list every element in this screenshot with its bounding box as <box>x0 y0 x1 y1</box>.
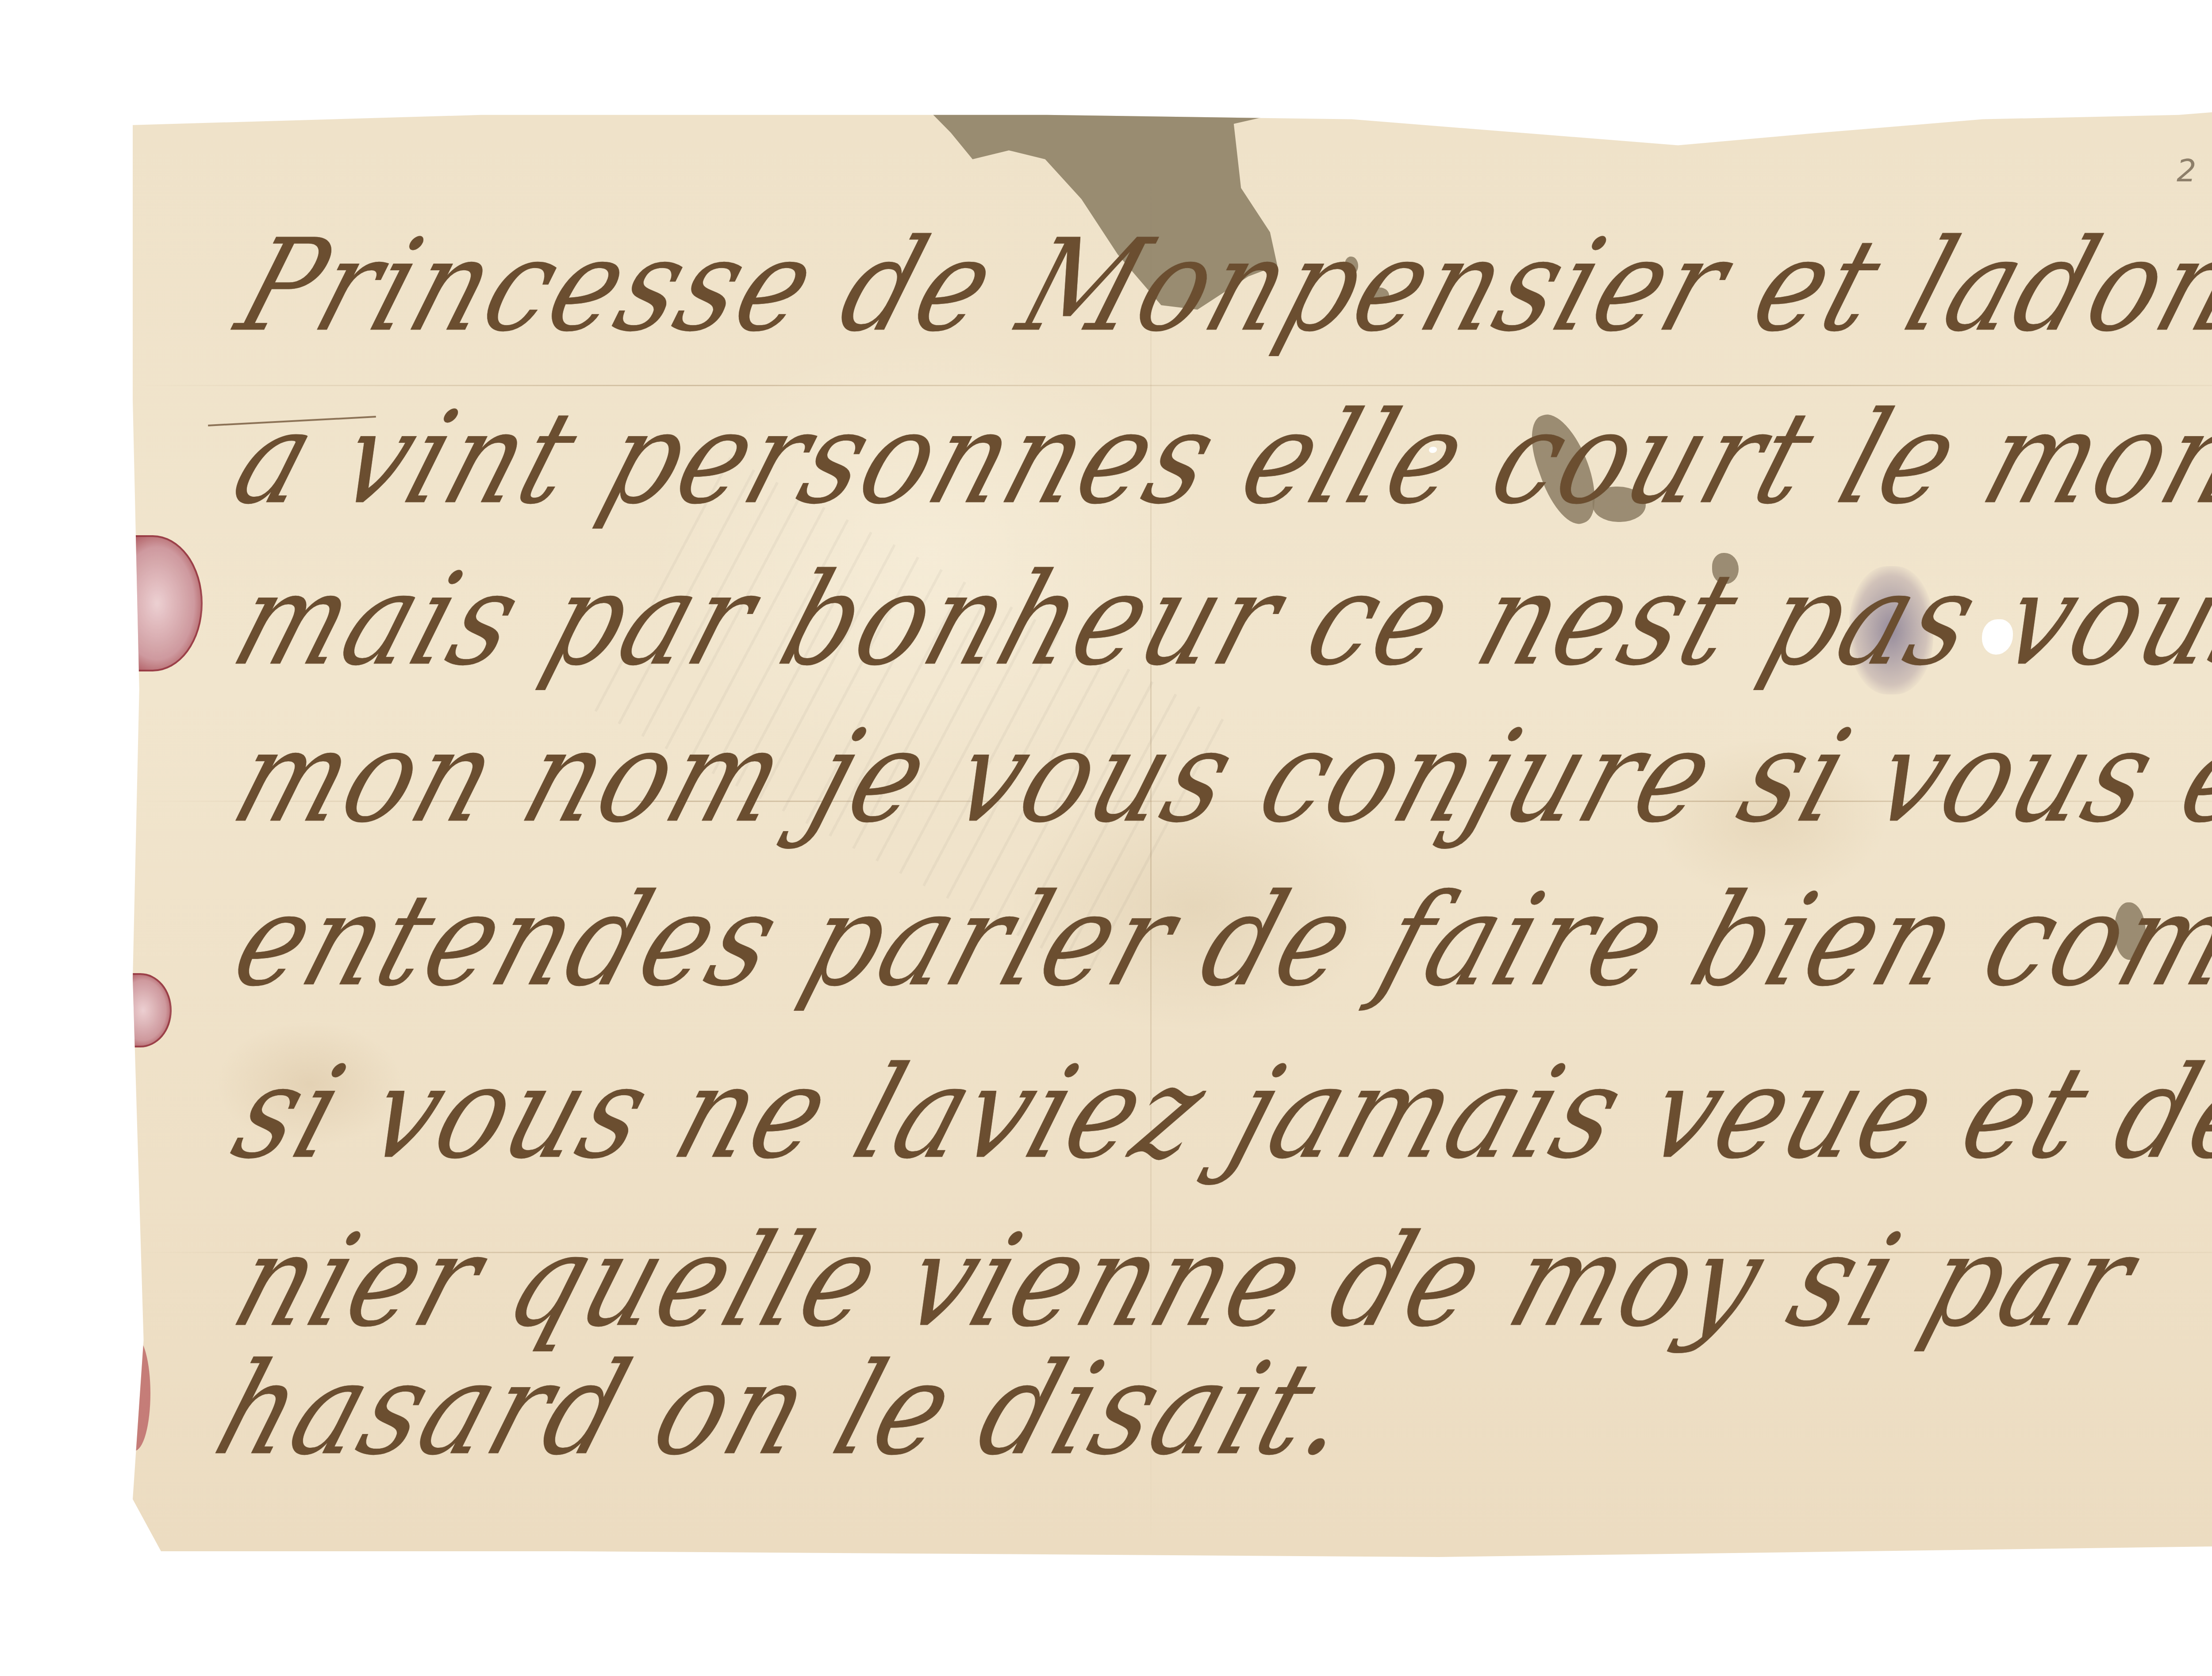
text-line: a vint personnes elle court le monde <box>221 395 2212 522</box>
handwritten-text: Princesse de Monpensier et ladonnee a vi… <box>133 111 2212 1557</box>
text-line: entendes parler de faire bien comme <box>221 877 2212 1005</box>
text-line: mon nom je vous conjure si vous en <box>221 713 2212 841</box>
text-line: si vous ne laviez jamais veue et de <box>221 1050 2212 1177</box>
text-line: hasard on le disait. <box>204 1346 1369 1473</box>
text-line: Princesse de Monpensier et ladonnee <box>226 222 2212 350</box>
text-line: mais par bonheur ce nest pas vous <box>221 556 2212 684</box>
text-line: nier quelle vienne de moy si par <box>221 1218 2150 1345</box>
letter-paper: 2 Princesse de Monpensier et ladonnee a … <box>133 111 2212 1557</box>
